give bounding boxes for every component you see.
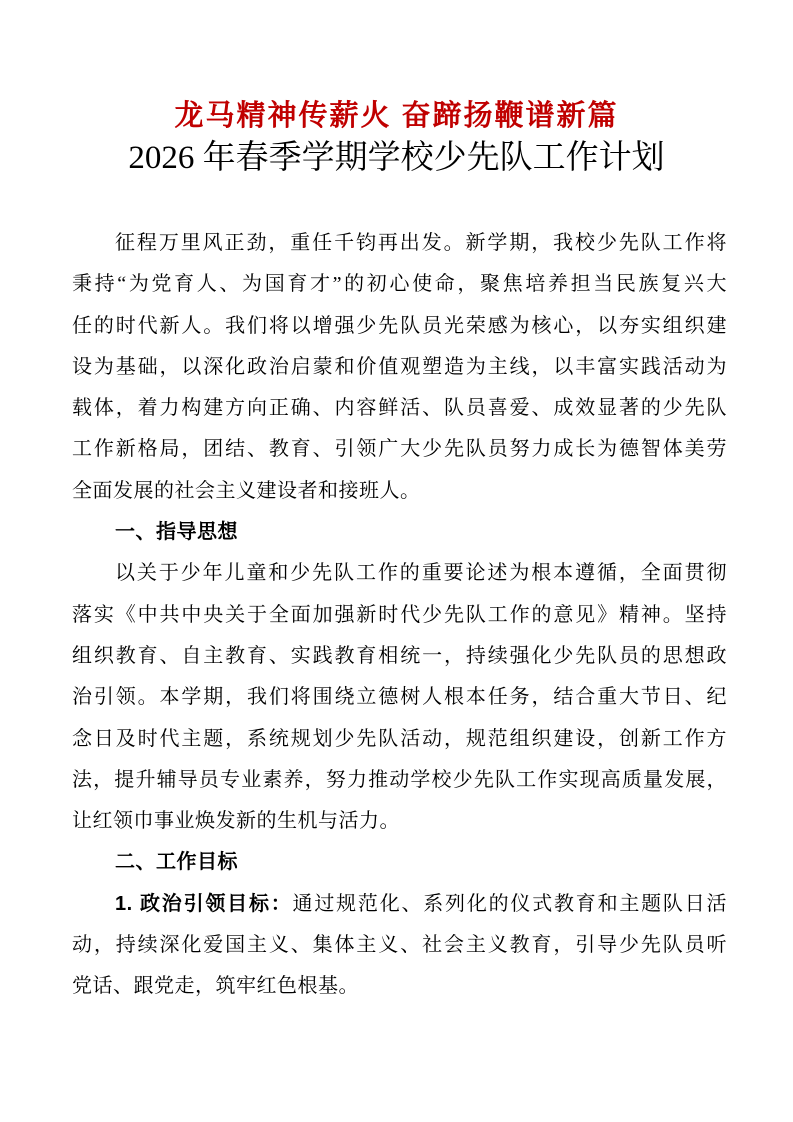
text-line: 工作新格局，团结、教育、引领广大少先队员努力成长为德智体美劳: [72, 429, 727, 470]
document-page: 龙马精神传薪火 奋蹄扬鞭谱新篇 2026 年春季学期学校少先队工作计划 征程万里…: [0, 0, 793, 1122]
text-line: 1. 政治引领目标：通过规范化、系列化的仪式教育和主题队日活: [72, 884, 727, 925]
document-header: 龙马精神传薪火 奋蹄扬鞭谱新篇 2026 年春季学期学校少先队工作计划: [0, 0, 793, 179]
doc-subtitle-red: 龙马精神传薪火 奋蹄扬鞭谱新篇: [0, 95, 793, 137]
text-line: 载体，着力构建方向正确、内容鲜活、队员喜爱、成效显著的少先队: [72, 388, 727, 429]
text-line: 以关于少年儿童和少先队工作的重要论述为根本遵循，全面贯彻: [72, 553, 727, 594]
text-line: 法，提升辅导员专业素养，努力推动学校少先队工作实现高质量发展，: [72, 760, 727, 801]
text-line: 落实《中共中央关于全面加强新时代少先队工作的意见》精神。坚持: [72, 595, 727, 636]
text-line: 征程万里风正劲，重任千钧再出发。新学期，我校少先队工作将: [72, 223, 727, 264]
text-line: 动，持续深化爱国主义、集体主义、社会主义教育，引导少先队员听: [72, 925, 727, 966]
text-line: 让红领巾事业焕发新的生机与活力。: [72, 801, 727, 842]
section-heading: 二、工作目标: [72, 842, 727, 883]
bold-lead: 1. 政治引领目标：: [115, 893, 293, 915]
text-line: 党话、跟党走，筑牢红色根基。: [72, 966, 727, 1007]
text-line: 秉持“为党育人、为国育才”的初心使命，聚焦培养担当民族复兴大: [72, 264, 727, 305]
line-text: 通过规范化、系列化的仪式教育和主题队日活: [293, 893, 727, 915]
text-line: 设为基础，以深化政治启蒙和价值观塑造为主线，以丰富实践活动为: [72, 347, 727, 388]
text-line: 全面发展的社会主义建设者和接班人。: [72, 471, 727, 512]
document-body: 征程万里风正劲，重任千钧再出发。新学期，我校少先队工作将秉持“为党育人、为国育才…: [72, 223, 727, 1008]
text-line: 念日及时代主题，系统规划少先队活动，规范组织建设，创新工作方: [72, 719, 727, 760]
text-line: 治引领。本学期，我们将围绕立德树人根本任务，结合重大节日、纪: [72, 677, 727, 718]
doc-title: 2026 年春季学期学校少先队工作计划: [0, 137, 793, 179]
section-heading: 一、指导思想: [72, 512, 727, 553]
text-line: 组织教育、自主教育、实践教育相统一，持续强化少先队员的思想政: [72, 636, 727, 677]
text-line: 任的时代新人。我们将以增强少先队员光荣感为核心，以夯实组织建: [72, 306, 727, 347]
